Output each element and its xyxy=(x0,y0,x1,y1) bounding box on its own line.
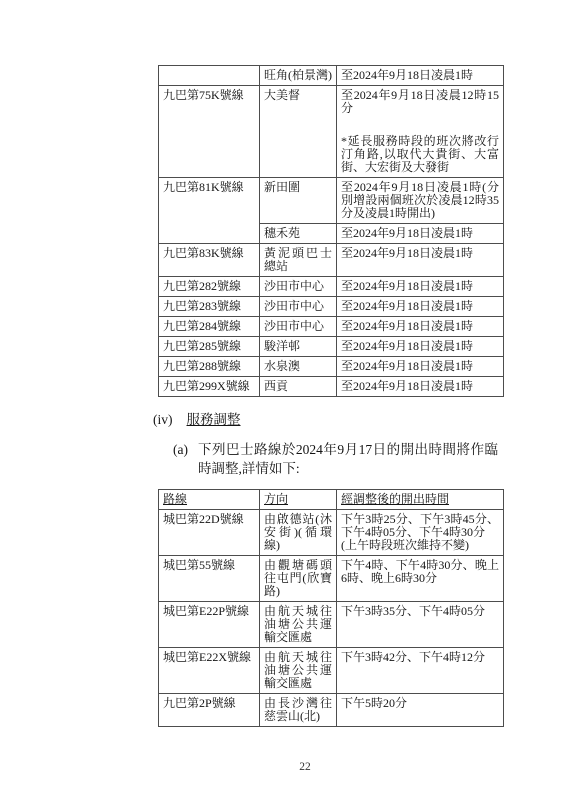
destination-cell: 水泉澳 xyxy=(260,357,337,377)
destination-cell: 穗禾苑 xyxy=(260,224,337,244)
time-cell: 至2024年9月18日凌晨1時 xyxy=(337,277,504,297)
route-cell: 九巴第81K號線 xyxy=(159,178,260,244)
route-cell: 九巴第83K號線 xyxy=(159,244,260,277)
table-row: 九巴第284號線 沙田市中心 至2024年9月18日凌晨1時 xyxy=(159,317,504,337)
table-row: 城巴第55號線 由觀塘碼頭往屯門(欣寶路) 下午4時、下午4時30分、晚上6時、… xyxy=(159,556,504,602)
time-note: (上午時段班次維持不變) xyxy=(341,539,499,552)
time-text: 下午3時25分、下午3時45分、下午4時05分、下午4時30分 xyxy=(341,513,499,539)
route-cell: 城巴第55號線 xyxy=(159,556,260,602)
section-marker: (iv) xyxy=(153,412,173,427)
route-cell: 九巴第282號線 xyxy=(159,277,260,297)
destination-cell: 旺角(柏景灣) xyxy=(260,66,337,86)
section-title: 服務調整 xyxy=(187,412,241,427)
table-row: 城巴第22D號線 由啟德站(沐安街)(循環線) 下午3時25分、下午3時45分、… xyxy=(159,510,504,556)
table-row: 九巴第75K號線 大美督 至2024年9月18日凌晨12時15分 *延長服務時段… xyxy=(159,86,504,178)
table-row: 九巴第81K號線 新田圍 至2024年9月18日凌晨1時(分別增設兩個班次於凌晨… xyxy=(159,178,504,224)
time-cell: 至2024年9月18日凌晨1時(分別增設兩個班次於凌晨12時35分及凌晨1時開出… xyxy=(337,178,504,224)
route-cell: 九巴第288號線 xyxy=(159,357,260,377)
header-route: 路線 xyxy=(159,490,260,510)
table-header-row: 路線 方向 經調整後的開出時間 xyxy=(159,490,504,510)
route-cell: 九巴第284號線 xyxy=(159,317,260,337)
destination-cell: 沙田市中心 xyxy=(260,277,337,297)
route-cell: 城巴第22D號線 xyxy=(159,510,260,556)
route-cell: 城巴第E22X號線 xyxy=(159,648,260,694)
table-row: 旺角(柏景灣) 至2024年9月18日凌晨1時 xyxy=(159,66,504,86)
route-cell: 九巴第75K號線 xyxy=(159,86,260,178)
table-row: 九巴第282號線 沙田市中心 至2024年9月18日凌晨1時 xyxy=(159,277,504,297)
section-heading: (iv)服務調整 xyxy=(153,411,241,428)
direction-cell: 由長沙灣往慈雲山(北) xyxy=(260,694,337,727)
item-text: 下列巴士路線於2024年9月17日的開出時間將作臨時調整,詳情如下: xyxy=(198,442,498,476)
table-row: 九巴第283號線 沙田市中心 至2024年9月18日凌晨1時 xyxy=(159,297,504,317)
route-note: *延長服務時段的班次將改行汀角路,以取代大貴街、大富街、大宏街及大發街 xyxy=(341,135,499,174)
time-cell: 至2024年9月18日凌晨1時 xyxy=(337,357,504,377)
document-page: { "page": { "number": "22" }, "table1": … xyxy=(0,0,566,800)
item-marker: (a) xyxy=(173,440,188,459)
table-row: 城巴第E22X號線 由航天城往油塘公共運輸交匯處 下午3時42分、下午4時12分 xyxy=(159,648,504,694)
table-row: 城巴第E22P號線 由航天城往油塘公共運輸交匯處 下午3時35分、下午4時05分 xyxy=(159,602,504,648)
destination-cell: 新田圍 xyxy=(260,178,337,224)
destination-cell: 大美督 xyxy=(260,86,337,178)
destination-cell: 沙田市中心 xyxy=(260,297,337,317)
departure-adjustment-table: 路線 方向 經調整後的開出時間 城巴第22D號線 由啟德站(沐安街)(循環線) … xyxy=(158,489,504,727)
header-time: 經調整後的開出時間 xyxy=(337,490,504,510)
route-cell: 九巴第285號線 xyxy=(159,337,260,357)
route-cell: 九巴第2P號線 xyxy=(159,694,260,727)
time-cell: 至2024年9月18日凌晨1時 xyxy=(337,66,504,86)
paragraph-a: (a) 下列巴士路線於2024年9月17日的開出時間將作臨時調整,詳情如下: xyxy=(173,440,498,478)
route-cell xyxy=(159,66,260,86)
direction-cell: 由航天城往油塘公共運輸交匯處 xyxy=(260,602,337,648)
time-cell: 下午5時20分 xyxy=(337,694,504,727)
route-cell: 九巴第299X號線 xyxy=(159,377,260,397)
time-cell: 至2024年9月18日凌晨1時 xyxy=(337,337,504,357)
time-text: 至2024年9月18日凌晨12時15分 xyxy=(341,89,499,115)
route-cell: 九巴第283號線 xyxy=(159,297,260,317)
time-cell: 至2024年9月18日凌晨1時 xyxy=(337,377,504,397)
direction-cell: 由觀塘碼頭往屯門(欣寶路) xyxy=(260,556,337,602)
time-cell: 至2024年9月18日凌晨12時15分 *延長服務時段的班次將改行汀角路,以取代… xyxy=(337,86,504,178)
time-cell: 下午3時35分、下午4時05分 xyxy=(337,602,504,648)
table-row: 九巴第288號線 水泉澳 至2024年9月18日凌晨1時 xyxy=(159,357,504,377)
time-cell: 下午3時25分、下午3時45分、下午4時05分、下午4時30分 (上午時段班次維… xyxy=(337,510,504,556)
time-cell: 至2024年9月18日凌晨1時 xyxy=(337,297,504,317)
table-row: 九巴第299X號線 西貢 至2024年9月18日凌晨1時 xyxy=(159,377,504,397)
time-cell: 下午3時42分、下午4時12分 xyxy=(337,648,504,694)
table-row: 九巴第2P號線 由長沙灣往慈雲山(北) 下午5時20分 xyxy=(159,694,504,727)
direction-cell: 由啟德站(沐安街)(循環線) xyxy=(260,510,337,556)
header-direction: 方向 xyxy=(260,490,337,510)
direction-cell: 由航天城往油塘公共運輸交匯處 xyxy=(260,648,337,694)
time-cell: 至2024年9月18日凌晨1時 xyxy=(337,244,504,277)
time-cell: 下午4時、下午4時30分、晚上6時、晚上6時30分 xyxy=(337,556,504,602)
extended-service-table: 旺角(柏景灣) 至2024年9月18日凌晨1時 九巴第75K號線 大美督 至20… xyxy=(158,65,504,397)
time-cell: 至2024年9月18日凌晨1時 xyxy=(337,317,504,337)
table-row: 九巴第83K號線 黃泥頭巴士總站 至2024年9月18日凌晨1時 xyxy=(159,244,504,277)
page-number: 22 xyxy=(0,761,566,773)
destination-cell: 黃泥頭巴士總站 xyxy=(260,244,337,277)
table-row: 九巴第285號線 駿洋邨 至2024年9月18日凌晨1時 xyxy=(159,337,504,357)
destination-cell: 西貢 xyxy=(260,377,337,397)
route-cell: 城巴第E22P號線 xyxy=(159,602,260,648)
time-cell: 至2024年9月18日凌晨1時 xyxy=(337,224,504,244)
destination-cell: 沙田市中心 xyxy=(260,317,337,337)
destination-cell: 駿洋邨 xyxy=(260,337,337,357)
